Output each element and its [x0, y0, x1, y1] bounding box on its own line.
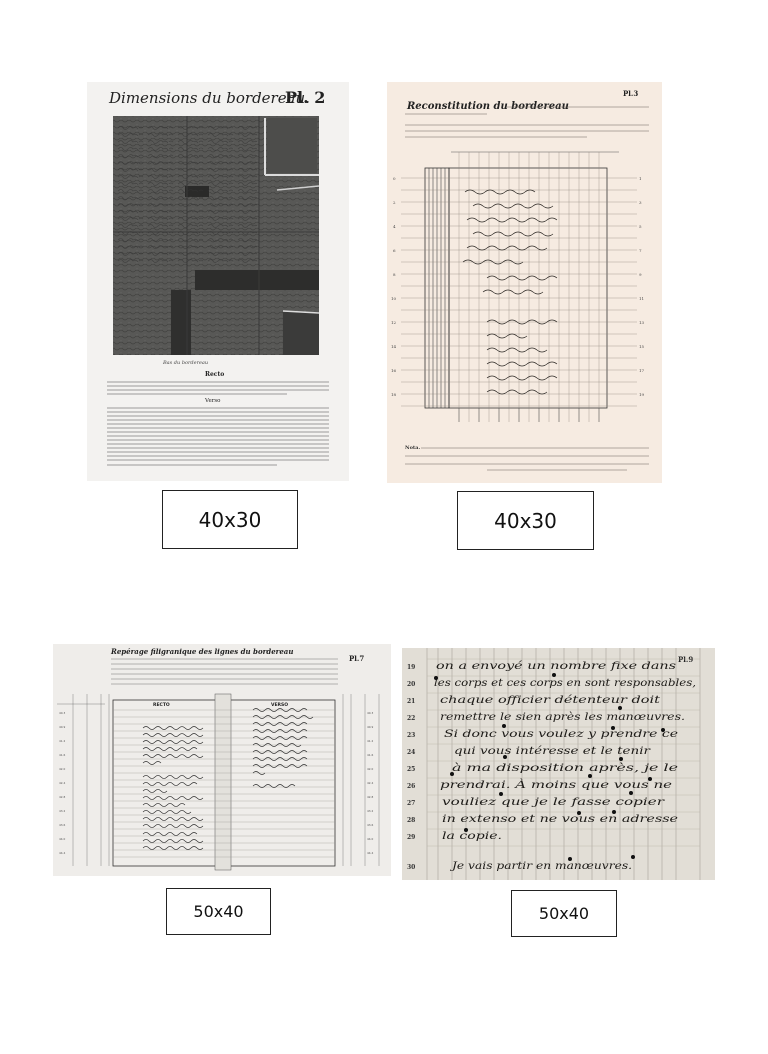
svg-text:14: 14 — [391, 344, 397, 349]
handwritten-line: chaque officier détenteur doit — [440, 695, 661, 706]
svg-text:8: 8 — [393, 272, 396, 277]
plate-7-column-recto: RECTO — [153, 702, 170, 708]
svg-text:4: 4 — [393, 224, 396, 229]
plate-7-illustration: Repérage filigranique des lignes du bord… — [53, 644, 391, 876]
handwritten-line: Si donc vous voulez y prendre ce — [444, 729, 678, 740]
svg-text:43.6: 43.6 — [59, 823, 65, 827]
handwritten-line: remettre le sien après les manœuvres. — [440, 712, 685, 723]
svg-text:42.4: 42.4 — [59, 781, 65, 785]
plate-2-title: Dimensions du bordereau. — [108, 89, 310, 107]
plate-7-title: Repérage filigranique des lignes du bord… — [110, 647, 293, 656]
line-number: 19 — [407, 664, 415, 671]
plate-9-image: Pl.9 19 20 21 22 23 — [402, 648, 715, 880]
line-number: 22 — [407, 715, 415, 722]
line-number: 27 — [407, 800, 415, 807]
svg-text:41.6: 41.6 — [367, 753, 373, 757]
svg-text:11: 11 — [639, 296, 644, 301]
svg-text:7: 7 — [639, 248, 642, 253]
svg-text:41.2: 41.2 — [59, 739, 65, 743]
plate-7-number: Pl.7 — [349, 654, 364, 663]
svg-text:41.6: 41.6 — [59, 753, 65, 757]
plate-3-image: Pl.3 Reconstitution du bordereau — [387, 82, 662, 483]
handwritten-line: Je vais partir en manœuvres. — [450, 861, 632, 872]
handwritten-line: prendrai. À moins que vous ne — [440, 779, 672, 791]
plate-3-note-label: Nota. — [405, 445, 420, 451]
size-label-text: 50x40 — [539, 904, 589, 923]
size-label-text: 40x30 — [494, 509, 557, 533]
line-number: 20 — [407, 681, 415, 688]
svg-text:15: 15 — [639, 344, 645, 349]
plate-7-image: Repérage filigranique des lignes du bord… — [53, 644, 391, 876]
svg-text:6: 6 — [393, 248, 396, 253]
size-label-plate-7: 50x40 — [166, 888, 271, 935]
handwritten-line: vouliez que je le fasse copier — [442, 797, 666, 808]
size-label-text: 50x40 — [193, 902, 243, 921]
plate-2-photo-footer: Bas du bordereau — [162, 360, 208, 366]
plate-3-title: Reconstitution du bordereau — [406, 101, 569, 112]
svg-text:16: 16 — [391, 368, 397, 373]
plate-3-number: Pl.3 — [623, 89, 638, 98]
svg-text:40.3: 40.3 — [59, 711, 65, 715]
line-number: 26 — [407, 783, 415, 790]
size-label-plate-2: 40x30 — [162, 490, 298, 549]
plate-2-illustration: Dimensions du bordereau. Pl. 2 — [87, 82, 349, 481]
line-number: 21 — [407, 698, 415, 705]
handwritten-line: in extenso et ne vous en adresse — [442, 814, 678, 825]
svg-text:42.8: 42.8 — [367, 795, 373, 799]
svg-text:40.9: 40.9 — [367, 725, 373, 729]
svg-text:43.2: 43.2 — [367, 809, 373, 813]
svg-text:1: 1 — [639, 176, 642, 181]
svg-text:9: 9 — [639, 272, 642, 277]
line-number: 25 — [407, 766, 415, 773]
line-number: 30 — [407, 864, 415, 871]
plate-2-caption-subheading: Verso — [204, 398, 221, 404]
line-number: 24 — [407, 749, 415, 756]
svg-text:44.4: 44.4 — [367, 851, 373, 855]
plate-9-number: Pl.9 — [678, 655, 693, 664]
svg-text:43.2: 43.2 — [59, 809, 65, 813]
line-number: 29 — [407, 834, 415, 841]
svg-text:40.3: 40.3 — [367, 711, 373, 715]
svg-text:44.0: 44.0 — [367, 837, 373, 841]
svg-text:3: 3 — [639, 200, 642, 205]
svg-text:42.4: 42.4 — [367, 781, 373, 785]
plate-9-illustration: Pl.9 19 20 21 22 23 — [402, 648, 715, 880]
svg-text:40.9: 40.9 — [59, 725, 65, 729]
size-label-plate-3: 40x30 — [457, 491, 594, 550]
plate-2-caption-heading: Recto — [205, 371, 224, 378]
line-number: 23 — [407, 732, 415, 739]
handwritten-line: on a envoyé un nombre fixe dans — [436, 661, 676, 672]
plate-2-number: Pl. 2 — [285, 88, 325, 107]
handwritten-line: les corps et ces corps en sont responsab… — [434, 678, 696, 689]
svg-text:42.8: 42.8 — [59, 795, 65, 799]
svg-text:44.4: 44.4 — [59, 851, 65, 855]
size-label-text: 40x30 — [199, 508, 262, 532]
handwritten-line: à ma disposition après, je le — [452, 763, 678, 774]
plate-3-illustration: Pl.3 Reconstitution du bordereau — [387, 82, 662, 483]
svg-text:42.0: 42.0 — [367, 767, 373, 771]
line-number: 28 — [407, 817, 415, 824]
plate-2-image: Dimensions du bordereau. Pl. 2 — [87, 82, 349, 481]
svg-text:19: 19 — [639, 392, 645, 397]
svg-text:10: 10 — [391, 296, 397, 301]
svg-text:0: 0 — [393, 176, 396, 181]
svg-text:43.6: 43.6 — [367, 823, 373, 827]
svg-text:18: 18 — [391, 392, 397, 397]
svg-text:12: 12 — [391, 320, 397, 325]
handwritten-line: qui vous intéresse et le tenir — [454, 746, 652, 757]
size-label-plate-9: 50x40 — [511, 890, 617, 937]
plate-7-column-verso: VERSO — [271, 702, 288, 708]
svg-text:2: 2 — [393, 200, 396, 205]
svg-text:5: 5 — [639, 224, 642, 229]
svg-text:42.0: 42.0 — [59, 767, 65, 771]
handwritten-line: la copie. — [442, 831, 502, 842]
svg-text:41.2: 41.2 — [367, 739, 373, 743]
svg-text:13: 13 — [639, 320, 645, 325]
svg-text:17: 17 — [639, 368, 645, 373]
svg-text:44.0: 44.0 — [59, 837, 65, 841]
